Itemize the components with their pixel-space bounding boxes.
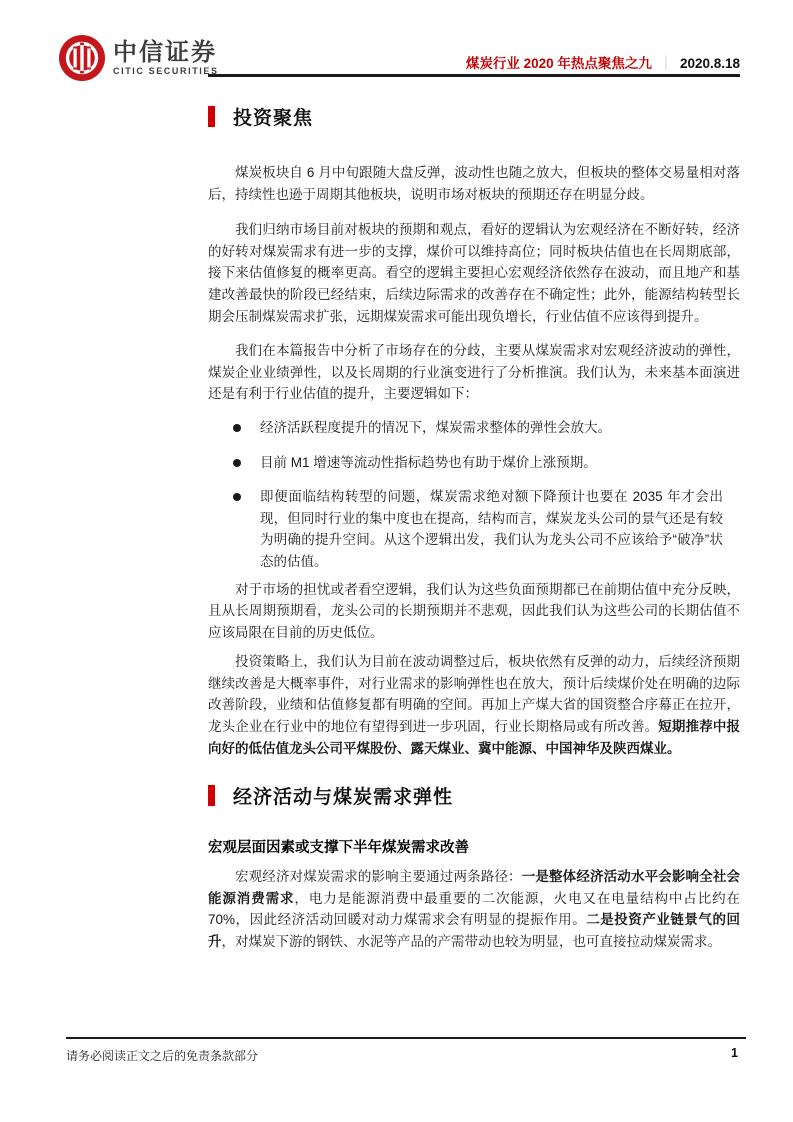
section-accent-bar-icon (208, 106, 215, 127)
paragraph-investment-strategy: 投资策略上，我们认为目前在波动调整过后，板块依然有反弹的动力，后续经济预期继续改… (208, 651, 740, 759)
section-title: 经济活动与煤炭需求弹性 (233, 782, 453, 809)
logic-bullet-list: 经济活跃程度提升的情况下，煤炭需求整体的弹性会放大。 目前 M1 增速等流动性指… (208, 417, 740, 573)
list-item: 经济活跃程度提升的情况下，煤炭需求整体的弹性会放大。 (208, 417, 723, 439)
paragraph-market-overview: 煤炭板块自 6 月中旬跟随大盘反弹，波动性也随之放大，但板块的整体交易量相对落后… (208, 162, 740, 205)
footer-rule (66, 1037, 746, 1039)
page-number: 1 (731, 1046, 738, 1060)
bullet-text: 经济活跃程度提升的情况下，煤炭需求整体的弹性会放大。 (260, 417, 723, 439)
footer-disclaimer: 请务必阅读正文之后的免责条款部分 (66, 1047, 258, 1064)
list-item: 目前 M1 增速等流动性指标趋势也有助于煤价上涨预期。 (208, 452, 723, 474)
content-column: 投资聚焦 煤炭板块自 6 月中旬跟随大盘反弹，波动性也随之放大，但板块的整体交易… (208, 0, 740, 953)
bullet-text: 目前 M1 增速等流动性指标趋势也有助于煤价上涨预期。 (260, 452, 723, 474)
bullet-text: 即便面临结构转型的问题，煤炭需求绝对额下降预计也要在 2035 年才会出现，但同… (260, 486, 723, 572)
bullet-dot-icon (233, 459, 241, 467)
paragraph-bearish-concerns: 对于市场的担忧或者看空逻辑，我们认为这些负面预期都已在前期估值中充分反映，且从长… (208, 579, 740, 644)
macro-path2-rest: ，对煤炭下游的钢铁、水泥等产品的产需带动也较为明显，也可直接拉动煤炭需求。 (222, 934, 722, 949)
paragraph-macro-paths: 宏观经济对煤炭需求的影响主要通过两条路径：一是整体经济活动水平会影响全社会能源消… (208, 866, 740, 952)
bullet-dot-icon (233, 493, 241, 501)
logo-wordmark: 中信证券 CITIC SECURITIES (113, 40, 219, 77)
section-accent-bar-icon (208, 785, 215, 806)
list-item: 即便面临结构转型的问题，煤炭需求绝对额下降预计也要在 2035 年才会出现，但同… (208, 486, 723, 572)
paragraph-market-expectations: 我们归纳市场目前对板块的预期和观点，看好的逻辑认为宏观经济在不断好转，经济的好转… (208, 219, 740, 327)
section-heading-investment-focus: 投资聚焦 (208, 104, 740, 128)
bullet-dot-icon (233, 424, 241, 432)
citic-emblem-icon (58, 34, 106, 82)
macro-lead-text: 宏观经济对煤炭需求的影响主要通过两条路径： (235, 869, 522, 884)
header-logo: 中信证券 CITIC SECURITIES (58, 34, 219, 82)
logo-en-text: CITIC SECURITIES (113, 66, 219, 77)
subsection-heading-macro-support: 宏观层面因素或支撑下半年煤炭需求改善 (208, 839, 740, 858)
section-title: 投资聚焦 (233, 103, 313, 130)
section-heading-economic-activity: 经济活动与煤炭需求弹性 (208, 783, 740, 807)
logo-cn-text: 中信证券 (113, 40, 219, 66)
paragraph-report-analysis: 我们在本篇报告中分析了市场存在的分歧，主要从煤炭需求对宏观经济波动的弹性，煤炭企… (208, 340, 740, 405)
report-page: 中信证券 CITIC SECURITIES 煤炭行业 2020 年热点聚焦之九 … (0, 0, 793, 1122)
